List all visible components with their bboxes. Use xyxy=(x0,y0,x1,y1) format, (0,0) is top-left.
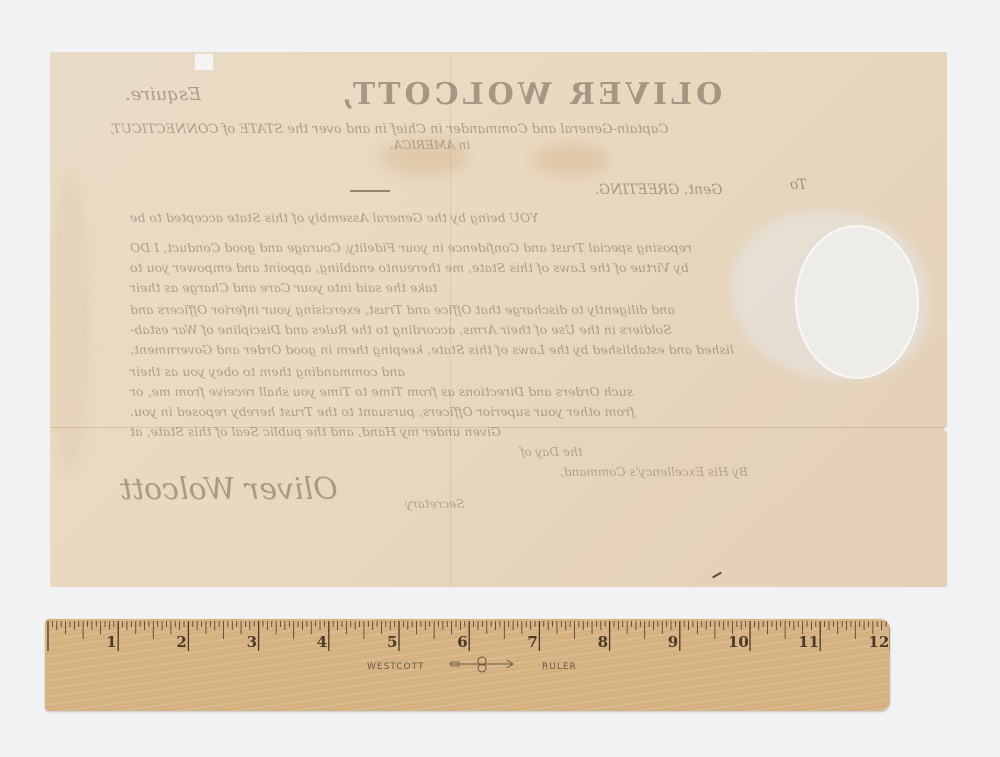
ink-dash xyxy=(350,190,390,192)
salutation-to: To xyxy=(790,177,807,193)
ruler-brand-left: WESTCOTT xyxy=(367,662,424,672)
historical-document: OLIVER WOLCOTT, Esquire. Captain-General… xyxy=(50,52,947,587)
body-line: take the said into your Care and Charge … xyxy=(130,280,770,295)
ruler-number: 4 xyxy=(317,633,327,651)
embossed-seal xyxy=(760,220,920,380)
paper-tab xyxy=(195,54,213,70)
body-line: reposing special Trust and Confidence in… xyxy=(130,240,770,255)
ruler-number: 8 xyxy=(598,633,608,651)
ruler-number: 6 xyxy=(457,633,467,651)
body-line: and diligently to discharge that Office … xyxy=(130,302,770,317)
closing-date-line: the Day of xyxy=(520,445,583,459)
body-line: YOU being by the General Assembly of thi… xyxy=(130,210,770,225)
paper-tear xyxy=(712,572,722,579)
measuring-ruler: 123456789101112 WESTCOTT RULER xyxy=(45,619,890,711)
closing-command-line: By His Excellency's Command, xyxy=(560,465,748,479)
body-line: and commanding them to obey you as their xyxy=(130,364,770,379)
ruler-brand-right: RULER xyxy=(542,662,577,672)
ruler-number: 5 xyxy=(387,633,397,651)
ruler-number: 11 xyxy=(798,633,819,651)
arrow-logo-icon xyxy=(447,655,517,673)
ruler-number: 9 xyxy=(668,633,678,651)
body-line: by Virtue of the Laws of this State, me … xyxy=(130,260,770,275)
body-line: from other your superior Officers, pursu… xyxy=(130,404,770,419)
salutation-greeting: Gent. GREETING. xyxy=(595,182,722,198)
ruler-number: 3 xyxy=(247,633,257,651)
body-line: such Orders and Directions as from Time … xyxy=(130,384,770,399)
document-subtitle-location: in AMERICA. xyxy=(330,138,530,152)
ruler-number: 10 xyxy=(728,633,749,651)
title-esquire: Esquire. xyxy=(125,84,201,105)
signature: Oliver Wolcott xyxy=(120,472,338,507)
body-line: Soldiers in the Use of their Arms, accor… xyxy=(130,322,770,337)
body-line: Given under my Hand, and the public Seal… xyxy=(130,424,770,439)
ruler-number: 1 xyxy=(106,633,116,651)
body-line: lished and established by the Laws of th… xyxy=(130,342,770,357)
ruler-number: 7 xyxy=(527,633,537,651)
document-subtitle: Captain-General and Commander in Chief i… xyxy=(110,122,760,137)
ruler-number: 2 xyxy=(176,633,186,651)
secretary-label: Secretary xyxy=(405,497,464,511)
document-title: OLIVER WOLCOTT, xyxy=(250,77,810,112)
ruler-number: 12 xyxy=(868,633,889,651)
